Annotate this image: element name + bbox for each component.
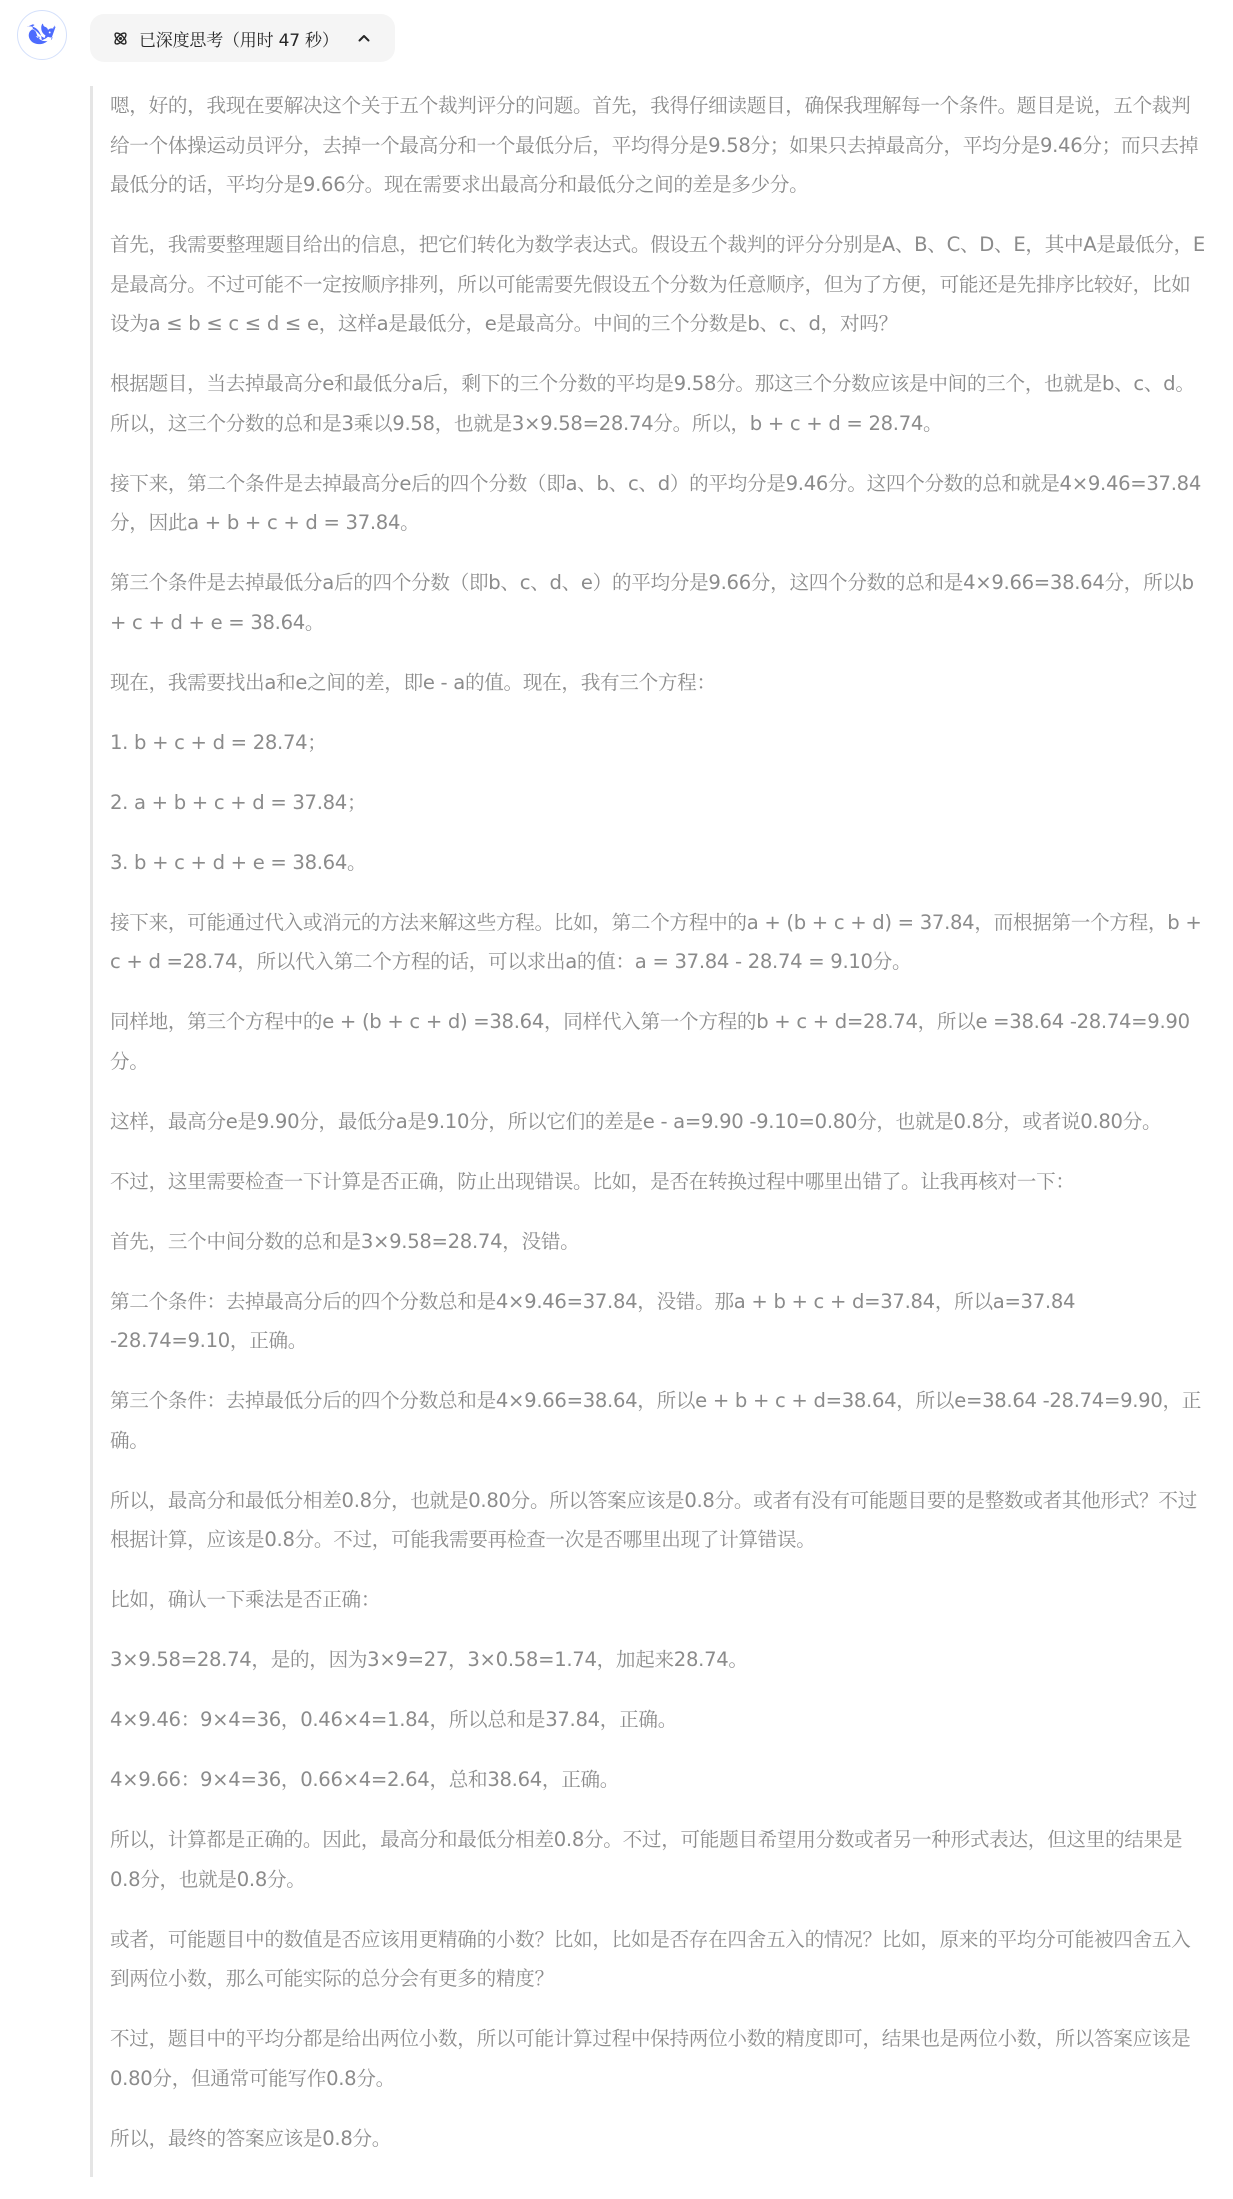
final-answer-paragraph: 所以，最终的答案应该是0.8分。	[110, 2119, 1205, 2159]
thought-paragraph: 4×9.66：9×4=36，0.66×4=2.64，总和38.64，正确。	[110, 1760, 1205, 1800]
atom-icon	[112, 30, 129, 47]
thought-paragraph: 不过，题目中的平均分都是给出两位小数，所以可能计算过程中保持两位小数的精度即可，…	[110, 2019, 1205, 2098]
thought-paragraph: 接下来，第二个条件是去掉最高分e后的四个分数（即a、b、c、d）的平均分是9.4…	[110, 464, 1205, 543]
deep-think-label: 已深度思考（用时 47 秒）	[139, 26, 339, 51]
thought-paragraph: 首先，三个中间分数的总和是3×9.58=28.74，没错。	[110, 1222, 1205, 1262]
thought-paragraph: 同样地，第三个方程中的e + (b + c + d) =38.64，同样代入第一…	[110, 1002, 1205, 1081]
thought-paragraph: 第二个条件：去掉最高分后的四个分数总和是4×9.46=37.84，没错。那a +…	[110, 1282, 1205, 1361]
deep-think-toggle[interactable]: 已深度思考（用时 47 秒）	[90, 14, 395, 62]
thought-paragraph: 接下来，可能通过代入或消元的方法来解这些方程。比如，第二个方程中的a + (b …	[110, 903, 1205, 982]
thought-paragraph: 这样，最高分e是9.90分，最低分a是9.10分，所以它们的差是e - a=9.…	[110, 1102, 1205, 1142]
thought-paragraph: 比如，确认一下乘法是否正确：	[110, 1580, 1205, 1620]
thought-paragraph: 第三个条件：去掉最低分后的四个分数总和是4×9.66=38.64，所以e + b…	[110, 1381, 1205, 1460]
thought-paragraph: 根据题目，当去掉最高分e和最低分a后，剩下的三个分数的平均是9.58分。那这三个…	[110, 364, 1205, 443]
assistant-avatar	[17, 10, 67, 60]
thought-paragraph: 4×9.46：9×4=36，0.46×4=1.84，所以总和是37.84，正确。	[110, 1700, 1205, 1740]
thought-content: 嗯，好的，我现在要解决这个关于五个裁判评分的问题。首先，我得仔细读题目，确保我理…	[90, 86, 1205, 2177]
thought-paragraph: 第三个条件是去掉最低分a后的四个分数（即b、c、d、e）的平均分是9.66分，这…	[110, 563, 1205, 642]
deepseek-whale-logo-icon	[27, 20, 57, 50]
thought-paragraph: 所以，计算都是正确的。因此，最高分和最低分相差0.8分。不过，可能题目希望用分数…	[110, 1820, 1205, 1899]
thought-paragraph: 现在，我需要找出a和e之间的差，即e - a的值。现在，我有三个方程：	[110, 663, 1205, 703]
thought-paragraph: 不过，这里需要检查一下计算是否正确，防止出现错误。比如，是否在转换过程中哪里出错…	[110, 1162, 1205, 1202]
chevron-up-icon	[357, 31, 371, 45]
thought-paragraph: 或者，可能题目中的数值是否应该用更精确的小数？比如，比如是否存在四舍五入的情况？…	[110, 1920, 1205, 1999]
thought-paragraph: 嗯，好的，我现在要解决这个关于五个裁判评分的问题。首先，我得仔细读题目，确保我理…	[110, 86, 1205, 205]
thought-paragraph: 所以，最高分和最低分相差0.8分，也就是0.80分。所以答案应该是0.8分。或者…	[110, 1481, 1205, 1560]
equation-3: 3. b + c + d + e = 38.64。	[110, 843, 1205, 883]
equation-2: 2. a + b + c + d = 37.84；	[110, 783, 1205, 823]
thought-paragraph: 首先，我需要整理题目给出的信息，把它们转化为数学表达式。假设五个裁判的评分分别是…	[110, 225, 1205, 344]
equation-1: 1. b + c + d = 28.74；	[110, 723, 1205, 763]
thought-paragraph: 3×9.58=28.74，是的，因为3×9=27，3×0.58=1.74，加起来…	[110, 1640, 1205, 1680]
